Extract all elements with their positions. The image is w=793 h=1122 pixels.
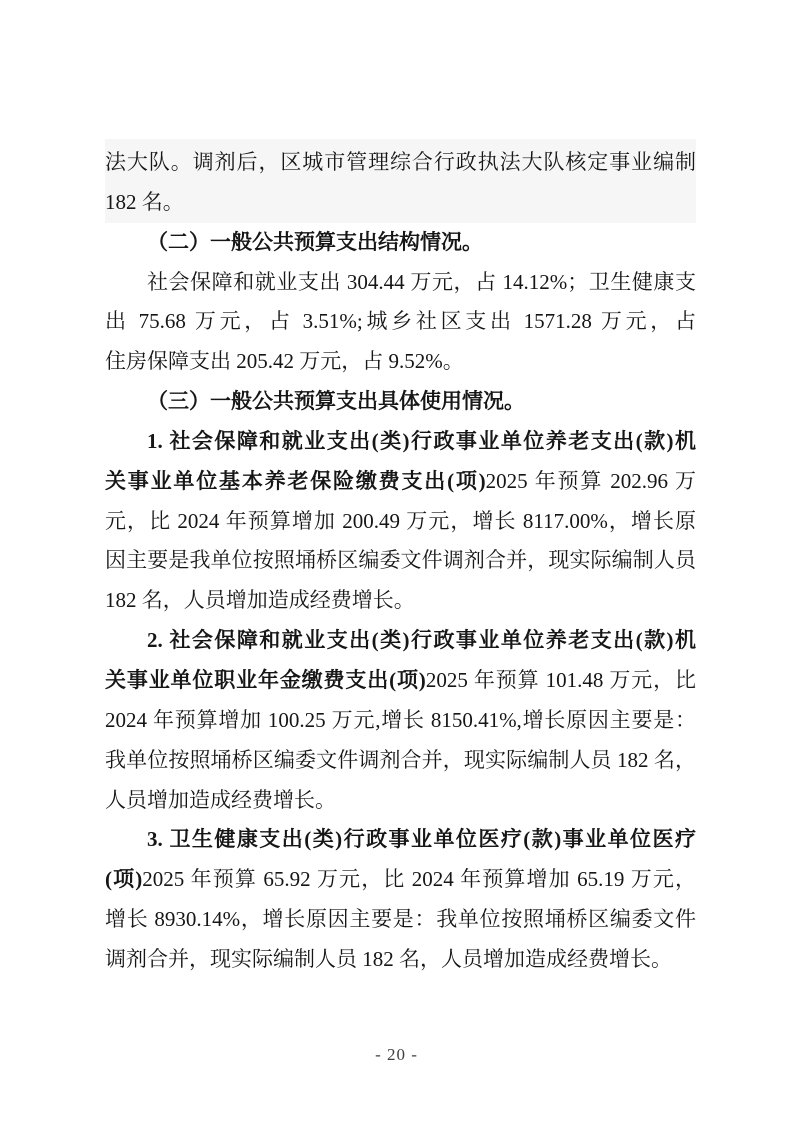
- line-regular-segment: 出 75.68 万元，占 3.51%;城乡社区支出 1571.28 万元，占 7…: [105, 309, 696, 342]
- line-regular-segment: 2025 年预算 101.48 万元，比: [426, 668, 696, 692]
- text-line: 调剂合并，现实际编制人员 182 名，人员增加造成经费增长。: [105, 940, 696, 980]
- line-regular-segment: 住房保障支出 205.42 万元，占 9.52%。: [105, 349, 464, 373]
- line-regular-segment: 社会保障和就业支出 304.44 万元，占 14.12%；卫生健康支: [147, 270, 696, 294]
- item-1-pension-paragraph: 1. 社会保障和就业支出(类)行政事业单位养老支出(款)机 关事业单位基本养老保…: [105, 422, 696, 621]
- text-line: 因主要是我单位按照埇桥区编委文件调剂合并，现实际编制人员: [105, 541, 696, 581]
- text-line: 增长 8930.14%，增长原因主要是：我单位按照埇桥区编委文件: [105, 900, 696, 940]
- item-2-annuity-paragraph: 2. 社会保障和就业支出(类)行政事业单位养老支出(款)机 关事业单位职业年金缴…: [105, 621, 696, 820]
- page-number: - 20 -: [0, 1043, 793, 1067]
- text-line: 出 75.68 万元，占 3.51%;城乡社区支出 1571.28 万元，占 7…: [105, 302, 696, 342]
- line-regular-segment: 182 名。: [105, 190, 184, 214]
- line-bold-segment: 关事业单位基本养老保险缴费支出(项): [105, 469, 486, 493]
- text-line: 3. 卫生健康支出(类)行政事业单位医疗(款)事业单位医疗: [105, 820, 696, 860]
- text-line: 住房保障支出 205.42 万元，占 9.52%。: [105, 342, 696, 382]
- text-line: 1. 社会保障和就业支出(类)行政事业单位养老支出(款)机: [105, 422, 696, 462]
- line-regular-segment: 元，比 2024 年预算增加 200.49 万元，增长 8117.00%，增长原: [105, 509, 696, 533]
- line-bold-segment: 1. 社会保障和就业支出(类)行政事业单位养老支出(款)机: [147, 429, 696, 453]
- text-line: (项)2025 年预算 65.92 万元，比 2024 年预算增加 65.19 …: [105, 860, 696, 900]
- line-regular-segment: 2024 年预算增加 100.25 万元,增长 8150.41%,增长原因主要是…: [105, 708, 696, 732]
- text-line: 法大队。调剂后，区城市管理综合行政执法大队核定事业编制: [105, 143, 696, 183]
- line-regular-segment: 2025 年预算 65.92 万元，比 2024 年预算增加 65.19 万元，: [142, 867, 696, 891]
- section-heading-2: （二）一般公共预算支出结构情况。: [105, 223, 696, 263]
- text-line: 关事业单位职业年金缴费支出(项)2025 年预算 101.48 万元，比: [105, 661, 696, 701]
- line-regular-segment: 法大队。调剂后，区城市管理综合行政执法大队核定事业编制: [105, 150, 696, 174]
- text-line: 2. 社会保障和就业支出(类)行政事业单位养老支出(款)机: [105, 621, 696, 661]
- text-line: 元，比 2024 年预算增加 200.49 万元，增长 8117.00%，增长原: [105, 502, 696, 542]
- item-3-medical-paragraph: 3. 卫生健康支出(类)行政事业单位医疗(款)事业单位医疗 (项)2025 年预…: [105, 820, 696, 979]
- paragraph-continuation: 法大队。调剂后，区城市管理综合行政执法大队核定事业编制 182 名。: [105, 139, 696, 223]
- line-bold-segment: 关事业单位职业年金缴费支出(项): [105, 668, 426, 692]
- line-regular-segment: 调剂合并，现实际编制人员 182 名，人员增加造成经费增长。: [105, 947, 672, 971]
- text-line: 我单位按照埇桥区编委文件调剂合并，现实际编制人员 182 名，: [105, 741, 696, 781]
- text-line: 社会保障和就业支出 304.44 万元，占 14.12%；卫生健康支: [105, 263, 696, 303]
- text-line: 2024 年预算增加 100.25 万元,增长 8150.41%,增长原因主要是…: [105, 701, 696, 741]
- line-regular-segment: 182 名，人员增加造成经费增长。: [105, 588, 415, 612]
- section-heading-3: （三）一般公共预算支出具体使用情况。: [105, 382, 696, 422]
- text-line: 182 名。: [105, 183, 696, 223]
- line-regular-segment: 因主要是我单位按照埇桥区编委文件调剂合并，现实际编制人员: [105, 548, 696, 572]
- line-bold-segment: （三）一般公共预算支出具体使用情况。: [147, 389, 525, 413]
- expenditure-structure-paragraph: 社会保障和就业支出 304.44 万元，占 14.12%；卫生健康支 出 75.…: [105, 263, 696, 383]
- line-bold-segment: （二）一般公共预算支出结构情况。: [147, 230, 483, 254]
- line-regular-segment: 增长 8930.14%，增长原因主要是：我单位按照埇桥区编委文件: [105, 907, 696, 931]
- line-bold-segment: 2. 社会保障和就业支出(类)行政事业单位养老支出(款)机: [147, 628, 696, 652]
- line-regular-segment: 人员增加造成经费增长。: [105, 788, 336, 812]
- page-body: 法大队。调剂后，区城市管理综合行政执法大队核定事业编制 182 名。 （二）一般…: [105, 143, 696, 980]
- text-line: 人员增加造成经费增长。: [105, 781, 696, 821]
- line-bold-segment: 3. 卫生健康支出(类)行政事业单位医疗(款)事业单位医疗: [147, 827, 696, 851]
- text-line: 182 名，人员增加造成经费增长。: [105, 581, 696, 621]
- text-line: 关事业单位基本养老保险缴费支出(项)2025 年预算 202.96 万: [105, 462, 696, 502]
- line-regular-segment: 我单位按照埇桥区编委文件调剂合并，现实际编制人员 182 名，: [105, 748, 696, 772]
- heading-line: （二）一般公共预算支出结构情况。: [105, 223, 696, 263]
- heading-line: （三）一般公共预算支出具体使用情况。: [105, 382, 696, 422]
- document-page: 法大队。调剂后，区城市管理综合行政执法大队核定事业编制 182 名。 （二）一般…: [0, 0, 793, 1122]
- line-regular-segment: 2025 年预算 202.96 万: [486, 469, 696, 493]
- line-bold-segment: (项): [105, 867, 142, 891]
